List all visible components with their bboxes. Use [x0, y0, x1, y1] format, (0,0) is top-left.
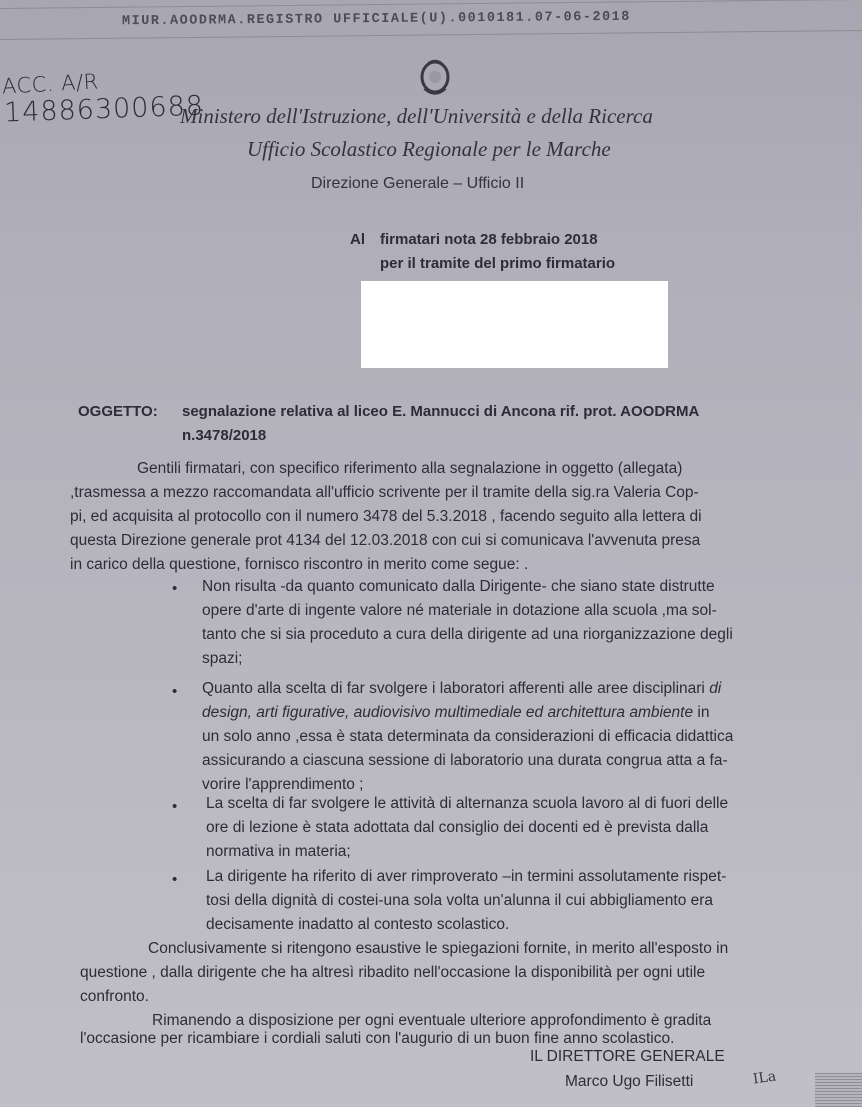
bullet-1-line: opere d'arte di ingente valore né materi… [202, 602, 717, 620]
bullet-3-line: La scelta di far svolgere le attività di… [206, 795, 728, 813]
signatory-name: Marco Ugo Filisetti [565, 1073, 693, 1091]
addressee-prefix: Al [350, 231, 365, 248]
barcode-strip [815, 1073, 862, 1107]
conclusion-line: Conclusivamente si ritengono esaustive l… [148, 940, 728, 958]
intro-line: questa Direzione generale prot 4134 del … [70, 532, 700, 550]
regional-office-name: Ufficio Scolastico Regionale per le Marc… [247, 137, 611, 162]
intro-line: Gentili firmatari, con specifico riferim… [137, 460, 682, 478]
addressee-line1: firmatari nota 28 febbraio 2018 [380, 231, 598, 248]
bullet-2-line: un solo anno ,essa è stata determinata d… [202, 728, 733, 746]
bullet-1-line: Non risulta -da quanto comunicato dalla … [202, 578, 715, 596]
conclusion-line: confronto. [80, 988, 149, 1006]
bullet-2-line1-text: Quanto alla scelta di far svolgere i lab… [202, 680, 705, 697]
conclusion-line: questione , dalla dirigente che ha altre… [80, 964, 705, 982]
bullet-dot-icon: • [172, 683, 177, 700]
closing-line: Rimanendo a disposizione per ogni eventu… [152, 1012, 711, 1030]
handwritten-initials: ILa [752, 1068, 777, 1087]
bullet-dot-icon: • [172, 798, 177, 815]
bullet-2-line: assicurando a ciascuna sessione di labor… [202, 752, 728, 770]
bullet-4-line: tosi della dignità di costei-una sola vo… [206, 892, 713, 910]
ministry-name: Ministero dell'Istruzione, dell'Universi… [180, 104, 653, 129]
bullet-2-italic-areas: design, arti figurative, audiovisivo mul… [202, 704, 693, 721]
bullet-2-line: vorire l'apprendimento ; [202, 776, 364, 794]
bullet-4-line: decisamente inadatto al contesto scolast… [206, 916, 509, 934]
bullet-3-line: ore di lezione è stata adottata dal cons… [206, 819, 708, 837]
closing-line: l'occasione per ricambiare i cordiali sa… [80, 1030, 674, 1048]
intro-line: ,trasmessa a mezzo raccomandata all'uffi… [70, 484, 699, 502]
subject-label: OGGETTO: [78, 403, 158, 420]
bullet-1-line: spazi; [202, 650, 243, 668]
signatory-title: IL DIRETTORE GENERALE [530, 1048, 725, 1066]
subject-line2: n.3478/2018 [182, 427, 266, 444]
subject-line1: segnalazione relativa al liceo E. Mannuc… [182, 403, 699, 420]
handwritten-note-number: 14886300688 [4, 91, 205, 129]
bullet-1-line: tanto che si sia proceduto a cura della … [202, 626, 733, 644]
bullet-2-line2-tail: in [697, 704, 709, 721]
bullet-dot-icon: • [172, 871, 177, 888]
bullet-2-line1-italic: di [709, 680, 721, 697]
bullet-2-line: design, arti figurative, audiovisivo mul… [202, 704, 709, 722]
intro-line: in carico della questione, fornisco risc… [70, 556, 528, 574]
bullet-dot-icon: • [172, 580, 177, 597]
bullet-3-line: normativa in materia; [206, 843, 351, 861]
department-name: Direzione Generale – Ufficio II [311, 175, 524, 193]
bullet-4-line: La dirigente ha riferito di aver rimprov… [206, 868, 726, 886]
republic-emblem-icon [416, 57, 454, 101]
intro-line: pi, ed acquisita al protocollo con il nu… [70, 508, 702, 526]
addressee-line2: per il tramite del primo firmatario [380, 255, 615, 272]
redacted-address-block [361, 281, 668, 368]
bullet-2-line: Quanto alla scelta di far svolgere i lab… [202, 680, 721, 698]
